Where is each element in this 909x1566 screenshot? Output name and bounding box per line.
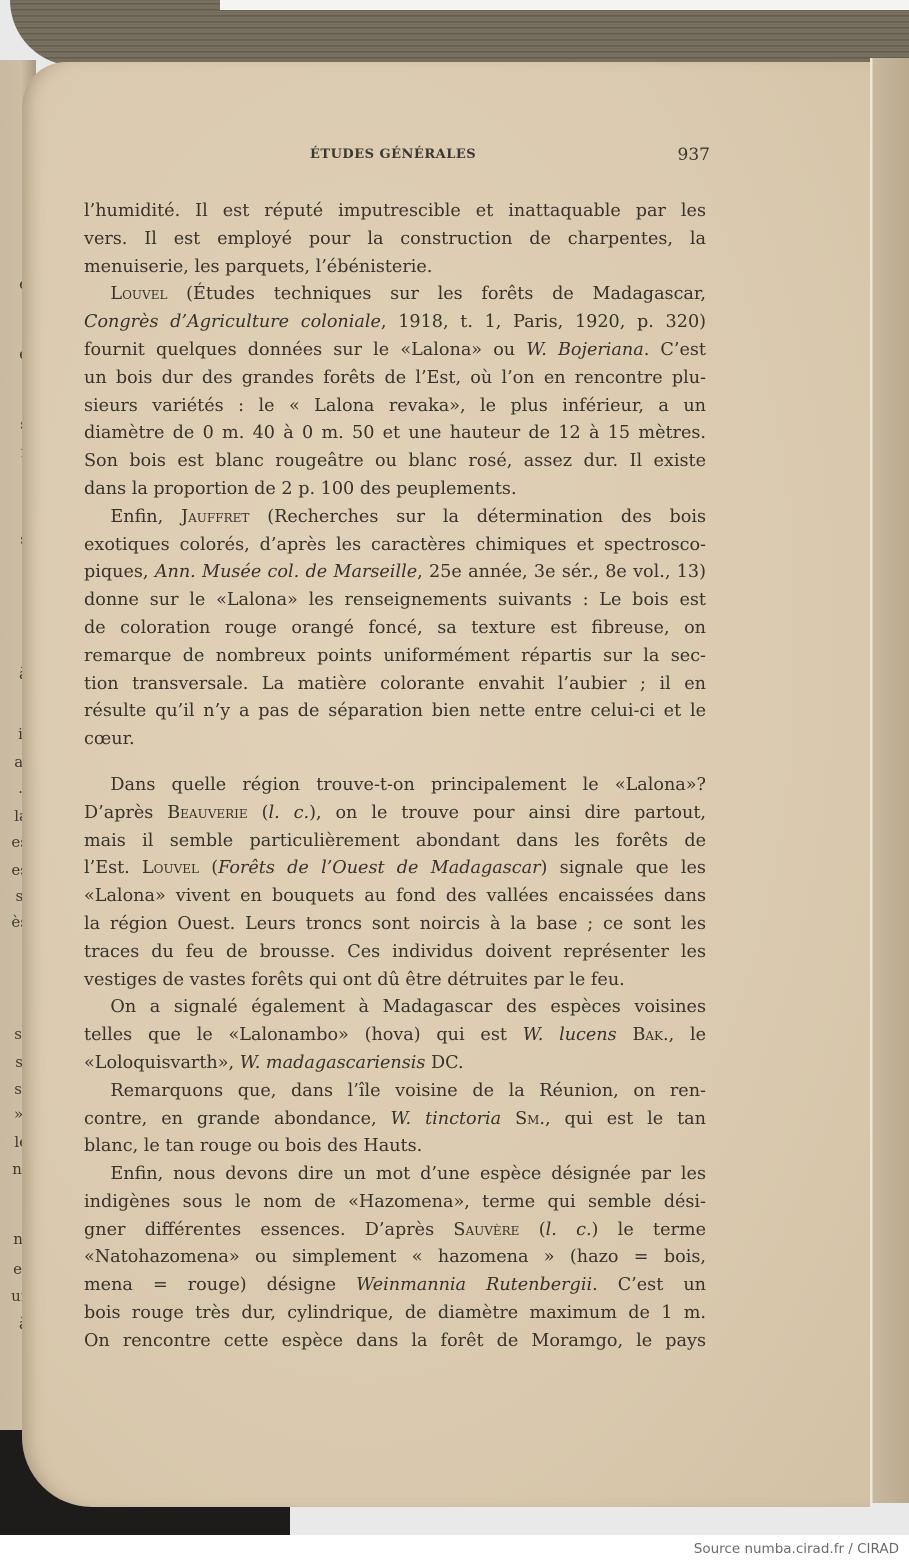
text-line: mena = rouge) désigne Weinmannia Rutenbe… — [84, 1272, 706, 1300]
text-run: ), on le trouve pour ainsi dire partout, — [309, 803, 706, 823]
text-line: remarque de nombreux points uniformément… — [84, 643, 706, 671]
text-line: mais il semble particulièrement abondant… — [84, 828, 706, 856]
text-run: l’Est. — [84, 858, 142, 878]
species-name: W. Bojeriana — [526, 340, 643, 360]
text-line: «Lalona» vivent en bouquets au fond des … — [84, 883, 706, 911]
text-run: D’après — [84, 803, 167, 823]
text-line: On a signalé également à Madagascar des … — [84, 994, 706, 1022]
text-line: On rencontre cette espèce dans la forêt … — [84, 1328, 706, 1356]
text-line: résulte qu’il n’y a pas de séparation bi… — [84, 698, 706, 726]
author-name: Louvel — [110, 284, 167, 304]
text-run: . C’est un — [592, 1275, 706, 1295]
text-line: Dans quelle région trouve-t-on principal… — [84, 772, 706, 800]
text-line: piques, Ann. Musée col. de Marseille, 25… — [84, 559, 706, 587]
top-background — [220, 0, 909, 10]
text-run: Dans quelle région trouve-t-on principal… — [110, 775, 706, 795]
text-run: contre, en grande abondance, — [84, 1109, 391, 1129]
text-line: donne sur le «Lalona» les renseignements… — [84, 587, 706, 615]
paragraph-2: Louvel (Études techniques sur les forêts… — [84, 281, 706, 503]
species-name: W. lucens — [523, 1025, 617, 1045]
paragraph-1: l’humidité. Il est réputé imputrescible … — [84, 198, 706, 281]
text-run: (Recherches sur la détermination des boi… — [249, 507, 706, 527]
text-line: Remarquons que, dans l’île voisine de la… — [84, 1078, 706, 1106]
text-line: blanc, le tan rouge ou bois des Hauts. — [84, 1133, 706, 1161]
page-body: l’humidité. Il est réputé imputrescible … — [84, 198, 706, 1356]
text-run: Enfin, — [110, 507, 181, 527]
text-run: ) le terme — [592, 1220, 706, 1240]
text-line: de coloration rouge orangé foncé, sa tex… — [84, 615, 706, 643]
text-run: ( — [519, 1220, 545, 1240]
text-line: l’Est. Louvel (Forêts de l’Ouest de Mada… — [84, 855, 706, 883]
text-line: «Loloquisvarth», W. madagascariensis DC. — [84, 1050, 706, 1078]
paragraph-6: Remarquons que, dans l’île voisine de la… — [84, 1078, 706, 1161]
text-line: D’après Beauverie (l. c.), on le trouve … — [84, 800, 706, 828]
citation-abbrev: l. c. — [546, 1220, 592, 1240]
citation-abbrev: l. c. — [268, 803, 309, 823]
text-line: la région Ouest. Leurs troncs sont noirc… — [84, 911, 706, 939]
text-line: sieurs variétés : le « Lalona revaka», l… — [84, 393, 706, 421]
text-run: (Études techniques sur les forêts de Mad… — [167, 284, 706, 304]
text-line: exotiques colorés, d’après les caractère… — [84, 532, 706, 560]
text-line: menuiserie, les parquets, l’ébénisterie. — [84, 254, 706, 282]
paragraph-3: Enfin, Jauffret (Recherches sur la déter… — [84, 504, 706, 754]
text-run: piques, — [84, 562, 155, 582]
text-run: ) signale que les — [541, 858, 706, 878]
paragraph-4: Dans quelle région trouve-t-on principal… — [84, 772, 706, 994]
text-line: cœur. — [84, 726, 706, 754]
text-run: «Loloquisvarth», — [84, 1053, 240, 1073]
text-line: dans la proportion de 2 p. 100 des peupl… — [84, 476, 706, 504]
citation-title: Congrès d’Agriculture coloniale — [84, 312, 381, 332]
citation-title: Forêts de l’Ouest de Madagascar — [218, 858, 540, 878]
author-abbrev: Bak. — [632, 1025, 668, 1045]
author-name: Jauffret — [181, 507, 249, 527]
page-number: 937 — [678, 145, 710, 165]
text-run: ( — [199, 858, 218, 878]
text-line: bois rouge très dur, cylindrique, de dia… — [84, 1300, 706, 1328]
text-line: diamètre de 0 m. 40 à 0 m. 50 et une hau… — [84, 420, 706, 448]
text-line: «Natohazomena» ou simplement « hazomena … — [84, 1244, 706, 1272]
text-line: telles que le «Lalonambo» (hova) qui est… — [84, 1022, 706, 1050]
text-run: , le — [669, 1025, 706, 1045]
text-run: , 1918, t. 1, Paris, 1920, p. 320) — [381, 312, 706, 332]
author-abbrev: Sm. — [515, 1109, 545, 1129]
page-header: ÉTUDES GÉNÉRALES 937 — [70, 145, 710, 167]
text-line: tion transversale. La matière colorante … — [84, 671, 706, 699]
paragraph-5: On a signalé également à Madagascar des … — [84, 994, 706, 1077]
species-name: W. tinctoria — [391, 1109, 502, 1129]
text-run: Enfin, nous devons dire un mot d’une esp… — [110, 1164, 706, 1184]
text-line: gner différentes essences. D’après Sauvè… — [84, 1217, 706, 1245]
species-name: W. madagascariensis — [240, 1053, 426, 1073]
text-line: contre, en grande abondance, W. tinctori… — [84, 1106, 706, 1134]
book-right-page-edges — [870, 58, 909, 1503]
running-head: ÉTUDES GÉNÉRALES — [310, 147, 476, 162]
text-run: telles que le «Lalonambo» (hova) qui est — [84, 1025, 523, 1045]
citation-title: Ann. Musée col. de Marseille — [155, 562, 417, 582]
text-line: Louvel (Études techniques sur les forêts… — [84, 281, 706, 309]
text-run: Remarquons que, dans l’île voisine de la… — [110, 1081, 706, 1101]
text-line: traces du feu de brousse. Ces individus … — [84, 939, 706, 967]
text-line: vers. Il est employé pour la constructio… — [84, 226, 706, 254]
text-line: Enfin, Jauffret (Recherches sur la déter… — [84, 504, 706, 532]
text-run: DC. — [425, 1053, 463, 1073]
text-run — [617, 1025, 633, 1045]
text-run: ( — [248, 803, 269, 823]
text-line: fournit quelques données sur le «Lalona»… — [84, 337, 706, 365]
text-line: indigènes sous le nom de «Hazomena», ter… — [84, 1189, 706, 1217]
text-run: gner différentes essences. D’après — [84, 1220, 453, 1240]
author-name: Louvel — [142, 858, 199, 878]
author-name: Beauverie — [167, 803, 247, 823]
text-line: Congrès d’Agriculture coloniale, 1918, t… — [84, 309, 706, 337]
text-line: un bois dur des grandes forêts de l’Est,… — [84, 365, 706, 393]
text-line: Son bois est blanc rougeâtre ou blanc ro… — [84, 448, 706, 476]
text-line: Enfin, nous devons dire un mot d’une esp… — [84, 1161, 706, 1189]
text-line: vestiges de vastes forêts qui ont dû êtr… — [84, 967, 706, 995]
text-run: fournit quelques données sur le «Lalona»… — [84, 340, 526, 360]
species-name: Weinmannia Rutenbergii — [356, 1275, 592, 1295]
text-run: mena = rouge) désigne — [84, 1275, 356, 1295]
paragraph-7: Enfin, nous devons dire un mot d’une esp… — [84, 1161, 706, 1356]
text-run: On a signalé également à Madagascar des … — [110, 997, 706, 1017]
text-run: . C’est — [644, 340, 706, 360]
source-credit: Source numba.cirad.fr / CIRAD — [694, 1541, 899, 1557]
scan-background: e e s r s t t à i- a. .: la es es s, ès … — [0, 0, 909, 1535]
text-run — [501, 1109, 515, 1129]
author-name: Sauvère — [453, 1220, 519, 1240]
text-run: , qui est le tan — [545, 1109, 706, 1129]
text-line: l’humidité. Il est réputé imputrescible … — [84, 198, 706, 226]
text-run: , 25e année, 3e sér., 8e vol., 13) — [417, 562, 706, 582]
